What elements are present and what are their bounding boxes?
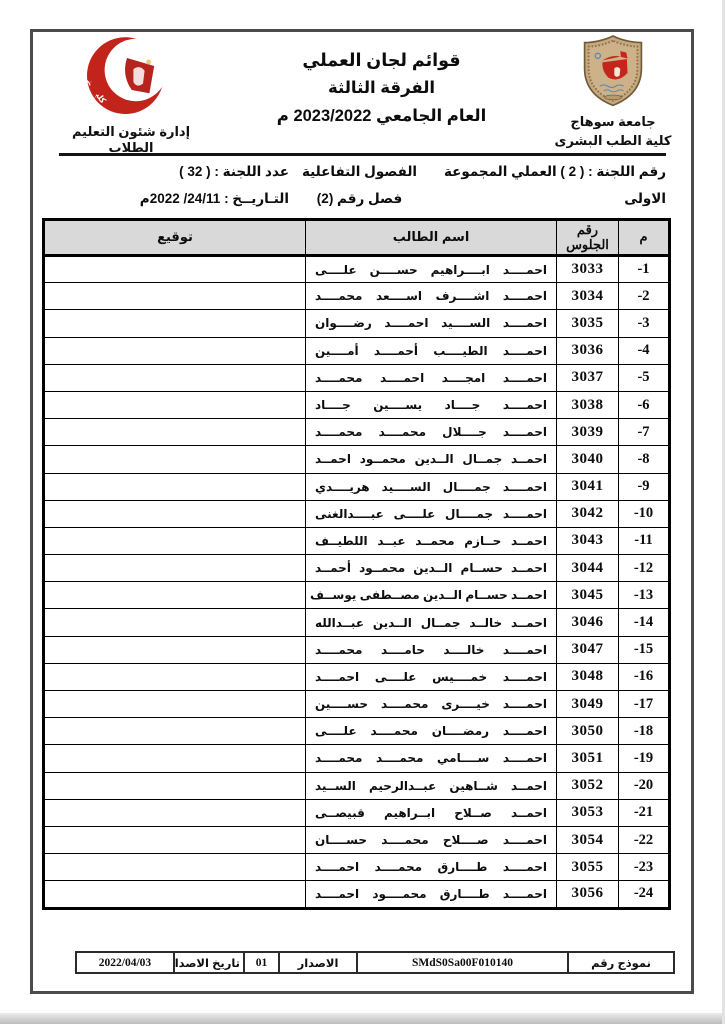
seat-number: 3044 bbox=[557, 555, 619, 582]
form-number-code: SMdS0Sa00F010140 bbox=[357, 952, 568, 973]
row-index: 18- bbox=[619, 718, 670, 745]
form-info-bar: نموذج رقم SMdS0Sa00F010140 الاصدار 01 تا… bbox=[75, 951, 675, 974]
student-name: احمــد حســام الــدين محمــود أحمــد bbox=[306, 555, 557, 582]
student-row: 1- 3033 احمــــد ابــــراهيم حســــن علـ… bbox=[44, 256, 670, 283]
committee-count-line: عدد اللجنة : ( 32 ) bbox=[63, 159, 289, 186]
row-index: 7- bbox=[619, 419, 670, 446]
student-name: احمــــد خيــــرى محمــــد حســــين bbox=[306, 691, 557, 718]
student-name: احمــد خالــد جمــال الــدين عبــدالله bbox=[306, 609, 557, 636]
student-name: احمــــد جــــلال محمــــد محمــــد bbox=[306, 419, 557, 446]
student-affairs-caption: إدارة شئون التعليم الطلاب bbox=[52, 124, 210, 156]
seat-number: 3034 bbox=[557, 283, 619, 310]
document-title: قوائم لجان العملي bbox=[277, 46, 486, 74]
student-row: 4- 3036 احمــــد الطيــــب أحمــــد أمــ… bbox=[44, 337, 670, 364]
row-index: 16- bbox=[619, 663, 670, 690]
signature-cell bbox=[44, 473, 306, 500]
student-name: احمــــد ابــــراهيم حســــن علــــى bbox=[306, 256, 557, 283]
col-header-student-name: اسم الطالب bbox=[306, 220, 557, 256]
row-index: 20- bbox=[619, 772, 670, 799]
row-index: 9- bbox=[619, 473, 670, 500]
issue-label: الاصدار bbox=[279, 952, 357, 973]
student-name: احمــد جمــال الــدين محمــود احمــد bbox=[306, 446, 557, 473]
university-logo-block: جامعة سوهاج كلية الطب البشرى bbox=[553, 34, 673, 151]
issue-number: 01 bbox=[244, 952, 279, 973]
signature-cell bbox=[44, 854, 306, 881]
student-row: 10- 3042 احمــــد جمــــال علــــى عبـــ… bbox=[44, 500, 670, 527]
student-name: احمــــد رمضــــان محمــــد علــــى bbox=[306, 718, 557, 745]
seat-number: 3047 bbox=[557, 636, 619, 663]
col-header-seat-number: رقم الجلوس bbox=[557, 220, 619, 256]
col-header-signature: توقيع bbox=[44, 220, 306, 256]
committee-number-line: رقم اللجنة : ( 2 ) العملي المجموعة الاول… bbox=[430, 159, 666, 212]
row-index: 8- bbox=[619, 446, 670, 473]
signature-cell bbox=[44, 391, 306, 418]
row-index: 4- bbox=[619, 337, 670, 364]
signature-cell bbox=[44, 555, 306, 582]
student-row: 23- 3055 احمــــد طــــارق محمــــد احمـ… bbox=[44, 854, 670, 881]
student-row: 6- 3038 احمــــد جــــاد يســــين جــــا… bbox=[44, 391, 670, 418]
student-name: احمــــد طــــارق محمــــود احمــــد bbox=[306, 881, 557, 908]
signature-cell bbox=[44, 663, 306, 690]
row-index: 15- bbox=[619, 636, 670, 663]
student-row: 12- 3044 احمــد حســام الــدين محمــود أ… bbox=[44, 555, 670, 582]
student-row: 16- 3048 احمــــد خمــــيس علــــى احمــ… bbox=[44, 663, 670, 690]
row-index: 23- bbox=[619, 854, 670, 881]
class-number-line: فصل رقم (2) bbox=[290, 186, 430, 213]
seat-number: 3051 bbox=[557, 745, 619, 772]
issue-date-value: 2022/04/03 bbox=[76, 952, 174, 973]
student-row: 14- 3046 احمــد خالــد جمــال الــدين عب… bbox=[44, 609, 670, 636]
row-index: 3- bbox=[619, 310, 670, 337]
seat-number: 3043 bbox=[557, 527, 619, 554]
row-index: 11- bbox=[619, 527, 670, 554]
row-index: 5- bbox=[619, 364, 670, 391]
student-name: احمــــد الســــيد احمــــد رضــــوان bbox=[306, 310, 557, 337]
student-row: 2- 3034 احمــــد اشــــرف اســــعد محمــ… bbox=[44, 283, 670, 310]
row-index: 1- bbox=[619, 256, 670, 283]
student-row: 9- 3041 احمــــد جمــــال الســــيد هريـ… bbox=[44, 473, 670, 500]
student-name: احمــــد صــــلاح محمــــد حســــان bbox=[306, 826, 557, 853]
faculty-name: كلية الطب البشرى bbox=[553, 132, 673, 151]
student-name: احمــد شــاهين عبــدالرحيم الســيد bbox=[306, 772, 557, 799]
row-index: 17- bbox=[619, 691, 670, 718]
svg-text:جامعة سوهاج: جامعة سوهاج bbox=[66, 34, 93, 88]
student-row: 22- 3054 احمــــد صــــلاح محمــــد حســ… bbox=[44, 826, 670, 853]
student-row: 3- 3035 احمــــد الســــيد احمــــد رضــ… bbox=[44, 310, 670, 337]
student-row: 8- 3040 احمــد جمــال الــدين محمــود اح… bbox=[44, 446, 670, 473]
form-info-row: نموذج رقم SMdS0Sa00F010140 الاصدار 01 تا… bbox=[76, 952, 674, 973]
year-grade-line: الفرقة الثالثة bbox=[277, 74, 486, 102]
students-table-header: م رقم الجلوس اسم الطالب توقيع bbox=[44, 220, 670, 256]
signature-cell bbox=[44, 419, 306, 446]
medicine-college-crescent-logo: جامعة سوهاج كلية الطب bbox=[56, 34, 206, 118]
academic-year-line: العام الجامعي 2023/2022 م bbox=[277, 102, 486, 130]
student-name: احمــــد خمــــيس علــــى احمــــد bbox=[306, 663, 557, 690]
signature-cell bbox=[44, 283, 306, 310]
student-row: 13- 3045 احمــد حســام الــدين مصــطفى ي… bbox=[44, 582, 670, 609]
row-index: 21- bbox=[619, 799, 670, 826]
signature-cell bbox=[44, 636, 306, 663]
student-name: احمــد حســام الــدين مصــطفى يوســف bbox=[306, 582, 557, 609]
student-row: 5- 3037 احمــــد امجــــد احمــــد محمــ… bbox=[44, 364, 670, 391]
seat-number: 3055 bbox=[557, 854, 619, 881]
seat-number: 3049 bbox=[557, 691, 619, 718]
signature-cell bbox=[44, 337, 306, 364]
seat-number: 3039 bbox=[557, 419, 619, 446]
student-row: 7- 3039 احمــــد جــــلال محمــــد محمــ… bbox=[44, 419, 670, 446]
student-name: احمــــد اشــــرف اســــعد محمــــد bbox=[306, 283, 557, 310]
student-name: احمــد حــازم محمــد عبــد اللطيــف bbox=[306, 527, 557, 554]
signature-cell bbox=[44, 881, 306, 908]
row-index: 2- bbox=[619, 283, 670, 310]
title-block: قوائم لجان العملي الفرقة الثالثة العام ا… bbox=[277, 34, 486, 130]
seat-number: 3035 bbox=[557, 310, 619, 337]
seat-number: 3050 bbox=[557, 718, 619, 745]
seat-number: 3053 bbox=[557, 799, 619, 826]
signature-cell bbox=[44, 799, 306, 826]
student-name: احمــــد جمــــال الســــيد هريــــدي bbox=[306, 473, 557, 500]
student-name: احمــــد جــــاد يســــين جــــاد bbox=[306, 391, 557, 418]
student-row: 17- 3049 احمــــد خيــــرى محمــــد حســ… bbox=[44, 691, 670, 718]
student-name: احمــــد طــــارق محمــــد احمــــد bbox=[306, 854, 557, 881]
signature-cell bbox=[44, 256, 306, 283]
department-logo-block: جامعة سوهاج كلية الطب إدارة شئون التعليم… bbox=[52, 34, 210, 156]
student-name: احمــــد امجــــد احمــــد محمــــد bbox=[306, 364, 557, 391]
header-divider-rule bbox=[59, 153, 666, 156]
col-header-index: م bbox=[619, 220, 670, 256]
scan-edge-bottom bbox=[0, 1013, 725, 1024]
signature-cell bbox=[44, 826, 306, 853]
signature-cell bbox=[44, 691, 306, 718]
student-row: 15- 3047 احمــــد خالــــد حامــــد محمـ… bbox=[44, 636, 670, 663]
student-name: احمــــد خالــــد حامــــد محمــــد bbox=[306, 636, 557, 663]
signature-cell bbox=[44, 310, 306, 337]
seat-number: 3056 bbox=[557, 881, 619, 908]
seat-number: 3046 bbox=[557, 609, 619, 636]
issue-date-label: تاريخ الاصدار bbox=[174, 952, 244, 973]
seat-number: 3040 bbox=[557, 446, 619, 473]
student-name: احمــد صــلاح ابــراهيم قبيصــى bbox=[306, 799, 557, 826]
signature-cell bbox=[44, 718, 306, 745]
signature-cell bbox=[44, 772, 306, 799]
signature-cell bbox=[44, 500, 306, 527]
document-header: جامعة سوهاج كلية الطب البشرى قوائم لجان … bbox=[52, 34, 673, 156]
row-index: 13- bbox=[619, 582, 670, 609]
student-name: احمــــد ســــامي محمــــد محمــــد bbox=[306, 745, 557, 772]
row-index: 6- bbox=[619, 391, 670, 418]
student-row: 18- 3050 احمــــد رمضــــان محمــــد علـ… bbox=[44, 718, 670, 745]
students-table: م رقم الجلوس اسم الطالب توقيع 1- 3033 اح… bbox=[42, 218, 671, 910]
student-row: 21- 3053 احمــد صــلاح ابــراهيم قبيصــى bbox=[44, 799, 670, 826]
signature-cell bbox=[44, 609, 306, 636]
student-row: 24- 3056 احمــــد طــــارق محمــــود احم… bbox=[44, 881, 670, 908]
header-row: م رقم الجلوس اسم الطالب توقيع bbox=[44, 220, 670, 256]
students-table-body: 1- 3033 احمــــد ابــــراهيم حســــن علـ… bbox=[44, 256, 670, 909]
student-row: 19- 3051 احمــــد ســــامي محمــــد محمـ… bbox=[44, 745, 670, 772]
scanned-document-page: جامعة سوهاج كلية الطب البشرى قوائم لجان … bbox=[0, 0, 725, 1024]
interactive-classes-title: الفصول التفاعلية bbox=[290, 159, 430, 186]
row-index: 10- bbox=[619, 500, 670, 527]
student-name: احمــــد جمــــال علــــى عبــــدالغنى bbox=[306, 500, 557, 527]
seat-number: 3054 bbox=[557, 826, 619, 853]
student-row: 20- 3052 احمــد شــاهين عبــدالرحيم السـ… bbox=[44, 772, 670, 799]
university-name: جامعة سوهاج bbox=[553, 113, 673, 132]
seat-number: 3045 bbox=[557, 582, 619, 609]
student-name: احمــــد الطيــــب أحمــــد أمــــين bbox=[306, 337, 557, 364]
seat-number: 3036 bbox=[557, 337, 619, 364]
signature-cell bbox=[44, 745, 306, 772]
form-number-label: نموذج رقم bbox=[568, 952, 674, 973]
row-index: 22- bbox=[619, 826, 670, 853]
row-index: 14- bbox=[619, 609, 670, 636]
seat-number: 3033 bbox=[557, 256, 619, 283]
row-index: 12- bbox=[619, 555, 670, 582]
crescent-arc-top-text: جامعة سوهاج bbox=[66, 34, 93, 88]
signature-cell bbox=[44, 582, 306, 609]
row-index: 24- bbox=[619, 881, 670, 908]
signature-cell bbox=[44, 446, 306, 473]
signature-cell bbox=[44, 527, 306, 554]
seat-number: 3052 bbox=[557, 772, 619, 799]
sohag-university-shield-logo bbox=[565, 34, 661, 108]
student-row: 11- 3043 احمــد حــازم محمــد عبــد اللط… bbox=[44, 527, 670, 554]
row-index: 19- bbox=[619, 745, 670, 772]
seat-number: 3037 bbox=[557, 364, 619, 391]
seat-number: 3048 bbox=[557, 663, 619, 690]
date-line: التـاريــخ : 24/11/ 2022م bbox=[63, 186, 289, 213]
seat-number: 3041 bbox=[557, 473, 619, 500]
seat-number: 3042 bbox=[557, 500, 619, 527]
seat-number: 3038 bbox=[557, 391, 619, 418]
signature-cell bbox=[44, 364, 306, 391]
